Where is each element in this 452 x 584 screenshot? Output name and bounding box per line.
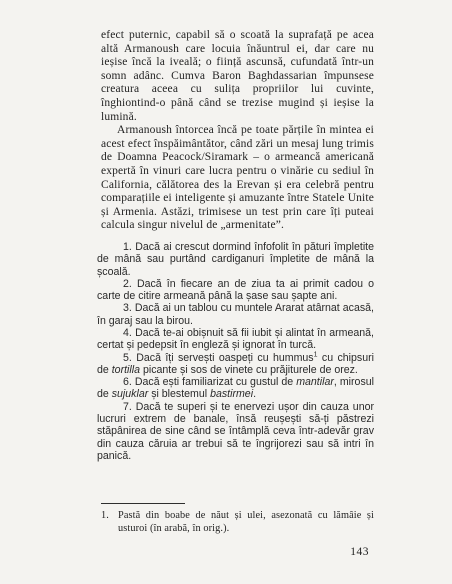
quiz-item-number: 4. (123, 327, 135, 339)
quiz-item-text: bastirmei (210, 388, 253, 400)
footnote-text: Pastă din boabe de năut și ulei, asezona… (118, 509, 374, 535)
quiz-item-number: 5. (123, 352, 136, 364)
quiz-list: 1. Dacă ai crescut dormind înfofolit în … (97, 241, 374, 462)
footnote-marker: 1. (101, 509, 118, 535)
quiz-item-text: Dacă ai un tablou cu muntele Ararat atâr… (97, 302, 374, 326)
quiz-item-text: și blestemul (148, 388, 210, 400)
quiz-item-number: 1. (123, 241, 135, 253)
paragraph-armanoush: Armanoush întorcea încă pe toate părțile… (101, 124, 374, 233)
quiz-item-number: 7. (123, 401, 136, 413)
quiz-item-text: Dacă în fiecare an de ziua ta ai primit … (97, 278, 374, 302)
quiz-item: 1. Dacă ai crescut dormind înfofolit în … (97, 241, 374, 278)
quiz-item-text: Dacă ești familiarizat cu gustul de (135, 376, 296, 388)
footnote-area: 1. Pastă din boabe de năut și ulei, asez… (101, 503, 374, 535)
quiz-item-text: tortilla (112, 364, 140, 376)
footnote-rule (101, 503, 185, 504)
quiz-item: 6. Dacă ești familiarizat cu gustul de m… (97, 376, 374, 401)
quiz-item-number: 2. (123, 278, 137, 290)
quiz-item-text: mantilar (296, 376, 334, 388)
quiz-item: 5. Dacă îți servești oaspeți cu hummus1 … (97, 352, 374, 377)
footnote: 1. Pastă din boabe de năut și ulei, asez… (101, 509, 374, 535)
quiz-item-text: picante și sos de vinete cu prăjiturele … (140, 364, 358, 376)
quiz-item-number: 6. (123, 376, 135, 388)
quiz-item: 7. Dacă te superi și te enervezi ușor di… (97, 401, 374, 462)
book-page: efect puternic, capabil să o scoată la s… (0, 0, 452, 584)
quiz-item-text: Dacă te superi și te enervezi ușor din c… (97, 401, 374, 462)
quiz-item: 4. Dacă te-ai obișnuit să fii iubit și a… (97, 327, 374, 352)
paragraph-continuation: efect puternic, capabil să o scoată la s… (101, 29, 374, 124)
quiz-item-text: Dacă te-ai obișnuit să fii iubit și alin… (97, 327, 374, 351)
quiz-item-text: . (253, 388, 256, 400)
quiz-item: 2. Dacă în fiecare an de ziua ta ai prim… (97, 278, 374, 303)
quiz-item-number: 3. (123, 302, 135, 314)
quiz-item-text: Dacă îți servești oaspeți cu hummus (136, 352, 313, 364)
quiz-item: 3. Dacă ai un tablou cu muntele Ararat a… (97, 302, 374, 327)
quiz-item-text: sujuklar (112, 388, 149, 400)
quiz-item-text: Dacă ai crescut dormind înfofolit în păt… (97, 241, 374, 278)
page-number: 143 (350, 546, 369, 558)
